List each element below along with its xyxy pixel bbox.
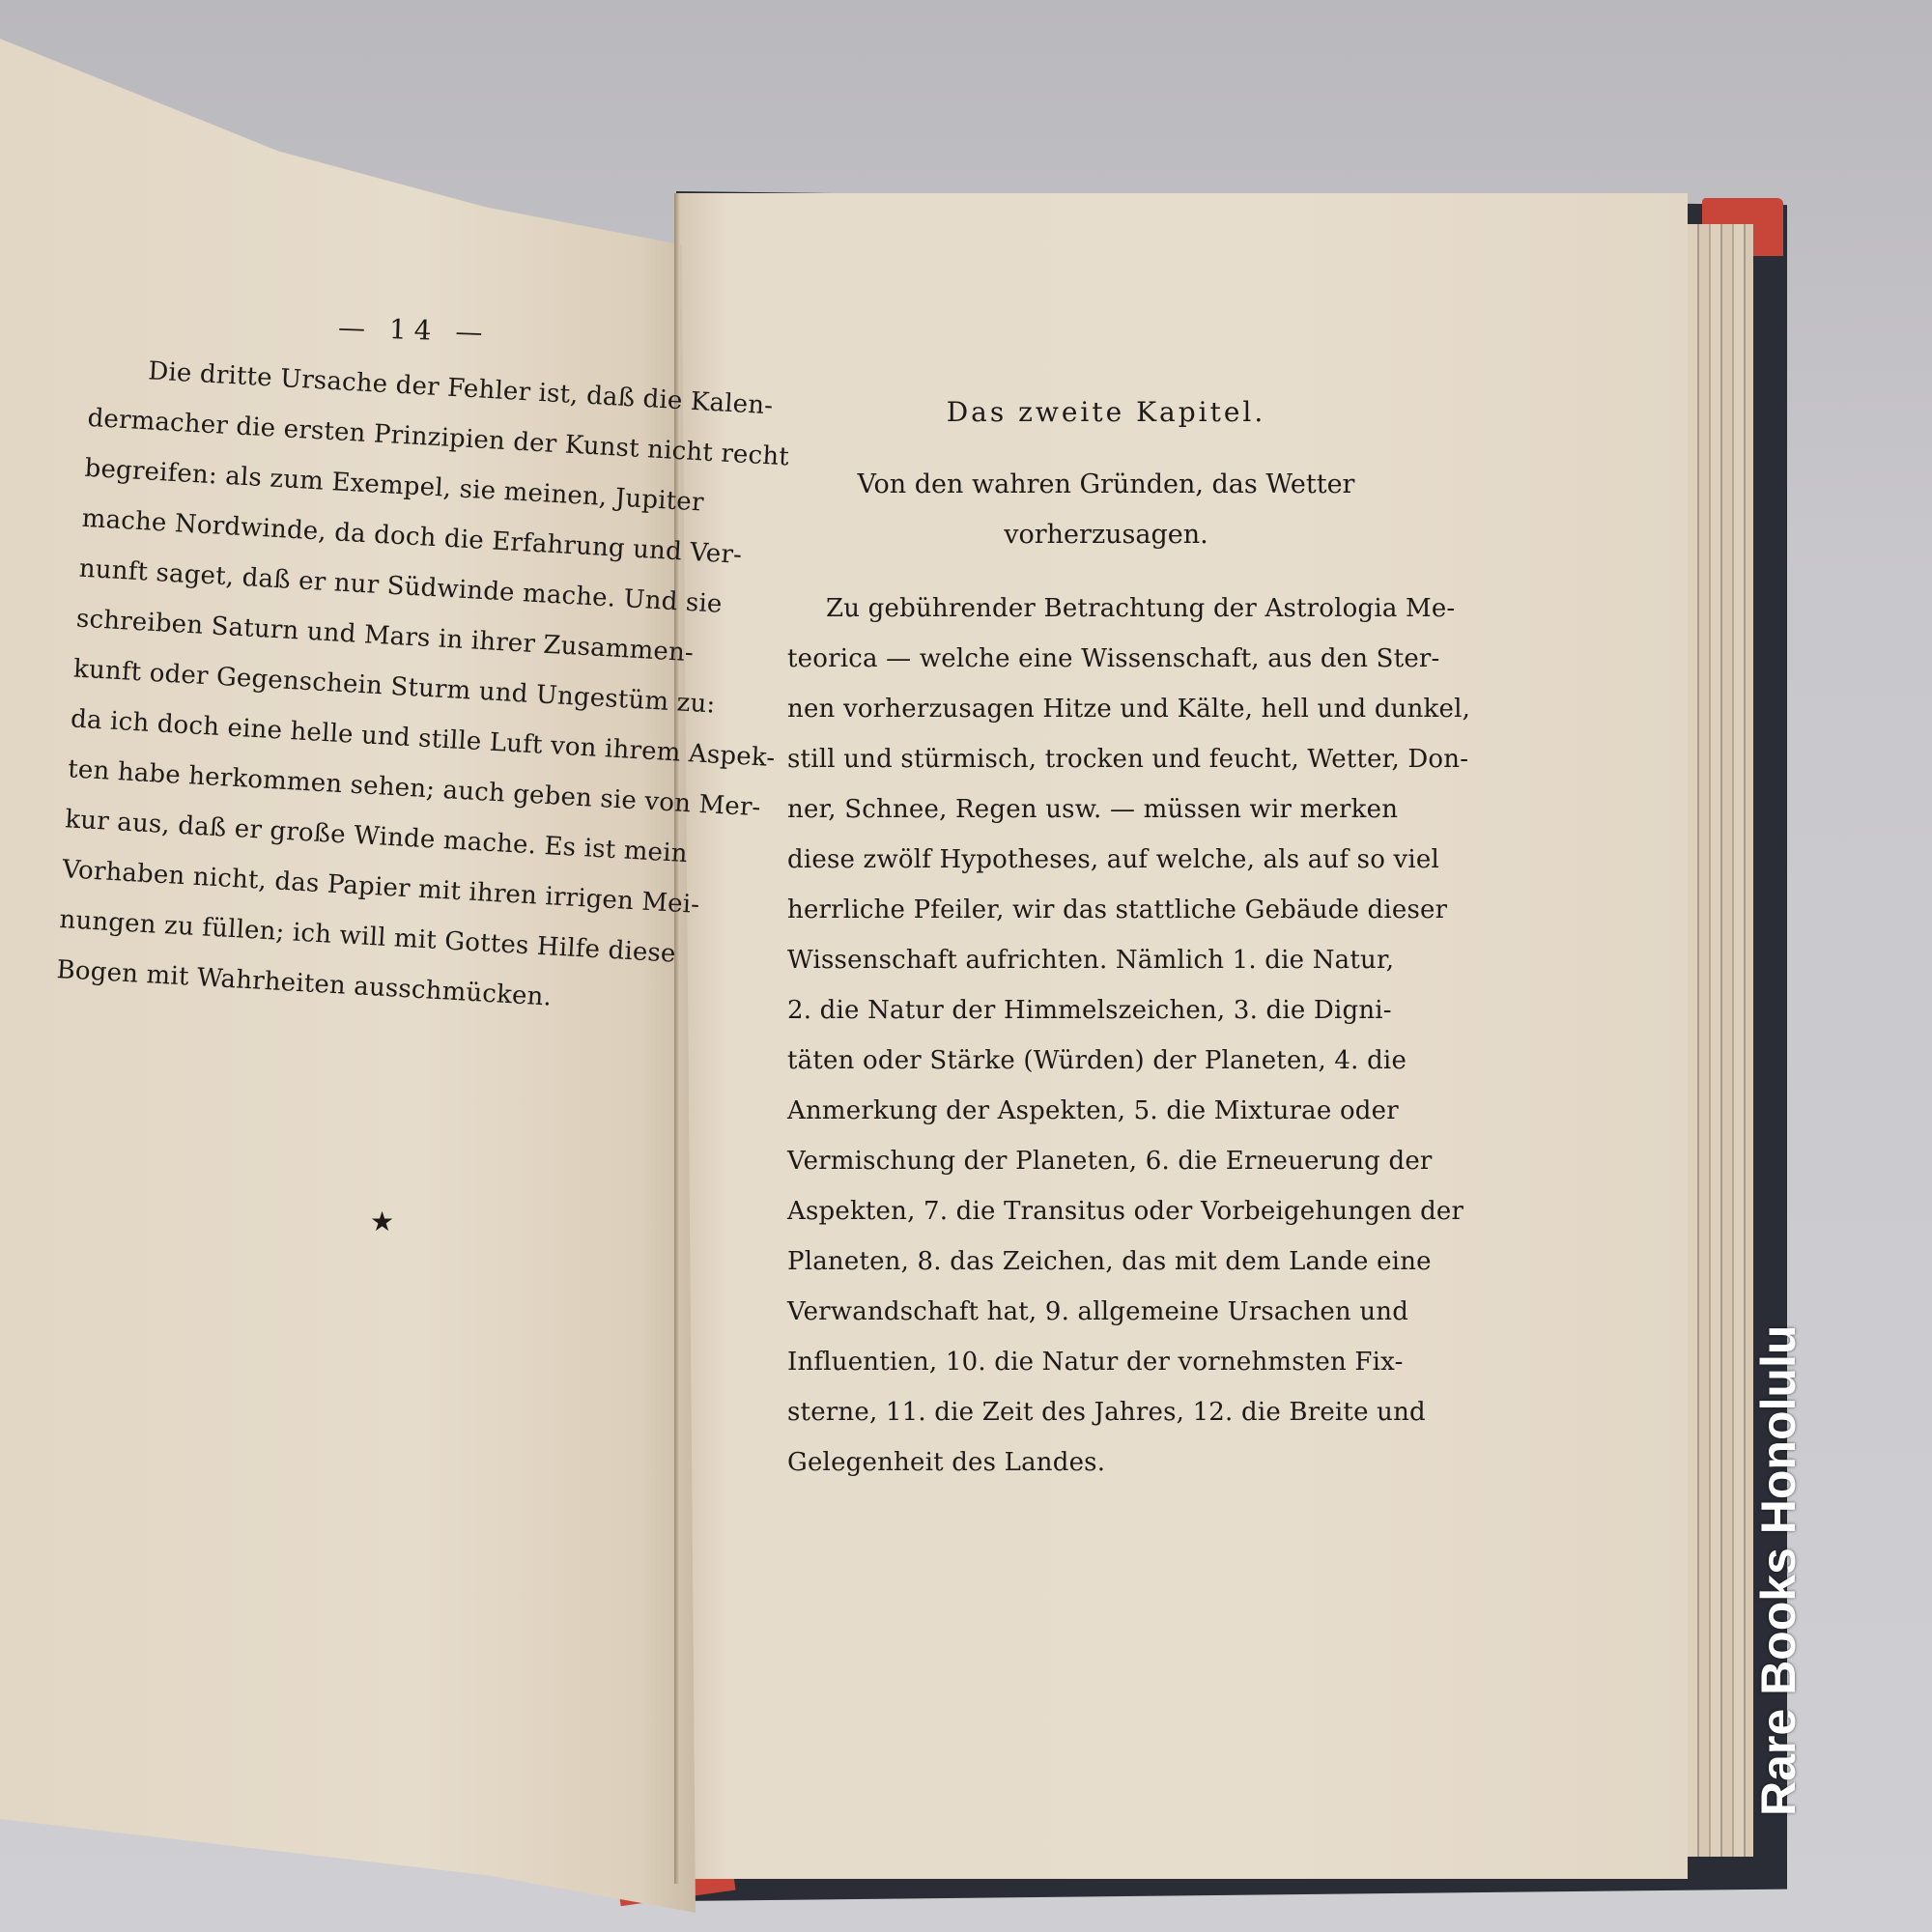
chapter-subtitle: Von den wahren Gründen, das Wetter vorhe… xyxy=(792,460,1420,560)
text-line: still und stürmisch, trocken und feucht,… xyxy=(787,734,1386,784)
text-line: Anmerkung der Aspekten, 5. die Mixturae … xyxy=(787,1086,1386,1136)
text-line: nen vorherzusagen Hitze und Kälte, hell … xyxy=(787,684,1386,734)
text-line: Vermischung der Planeten, 6. die Erneuer… xyxy=(787,1136,1386,1186)
chapter-subtitle-line: Von den wahren Gründen, das Wetter xyxy=(792,460,1420,510)
chapter-title: Das zweite Kapitel. xyxy=(734,396,1478,428)
text-line: 2. die Natur der Himmelszeichen, 3. die … xyxy=(787,985,1386,1036)
star-ornament-icon: ★ xyxy=(370,1206,394,1237)
text-line: Planeten, 8. das Zeichen, das mit dem La… xyxy=(787,1236,1386,1287)
page-edges-stack xyxy=(1676,224,1753,1857)
text-line: Verwandschaft hat, 9. allgemeine Ursache… xyxy=(787,1287,1386,1337)
text-line: sterne, 11. die Zeit des Jahres, 12. die… xyxy=(787,1387,1386,1437)
text-line: Influentien, 10. die Natur der vornehmst… xyxy=(787,1337,1386,1387)
page-number: — 14 — xyxy=(337,311,490,348)
text-line: täten oder Stärke (Würden) der Planeten,… xyxy=(787,1036,1386,1086)
text-line: Zu gebührender Betrachtung der Astrologi… xyxy=(787,583,1386,634)
left-page-text: Die dritte Ursache der Fehler ist, daß d… xyxy=(55,343,661,1027)
text-line: Aspekten, 7. die Transitus oder Vorbeige… xyxy=(787,1186,1386,1236)
right-page-text: Zu gebührender Betrachtung der Astrologi… xyxy=(787,583,1386,1488)
text-line: Gelegenheit des Landes. xyxy=(787,1437,1386,1488)
text-line: teorica — welche eine Wissenschaft, aus … xyxy=(787,634,1386,684)
text-line: diese zwölf Hypotheses, auf welche, als … xyxy=(787,835,1386,885)
text-line: Wissenschaft aufrichten. Nämlich 1. die … xyxy=(787,935,1386,985)
chapter-subtitle-line: vorherzusagen. xyxy=(792,510,1420,560)
text-line: ner, Schnee, Regen usw. — müssen wir mer… xyxy=(787,784,1386,835)
text-line: herrliche Pfeiler, wir das stattliche Ge… xyxy=(787,885,1386,935)
watermark: Rare Books Honolulu xyxy=(1750,1325,1806,1816)
book-photo: — 14 — Die dritte Ursache der Fehler ist… xyxy=(0,0,1932,1932)
